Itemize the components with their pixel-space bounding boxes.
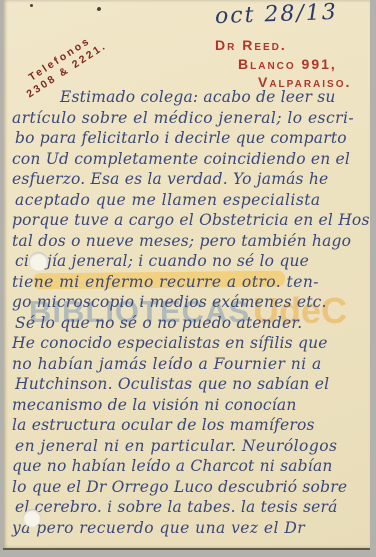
letter-line: He conocido especialistas en sífilis que [12,333,366,354]
handwritten-date: oct 28/13 [215,0,339,29]
letter-line: porque tuve a cargo el Obstetricia en el… [12,210,366,231]
letter-line: que no habían leído a Charcot ni sabían [12,456,366,477]
letter-line: go microscopio i medios exámenes etc. [12,292,366,313]
letter-body: Estimado colega: acabo de leer su artícu… [12,87,366,538]
letter-line: bo para felicitarlo i decirle que compar… [12,128,366,149]
hole-punch-bottom [23,509,41,527]
letter-line: mecanismo de la visión ni conocían [12,395,366,416]
letter-line: en jeneral ni en particular. Neurólogos [12,436,366,457]
letter-line: aceptado que me llamen especialista [12,190,366,211]
letter-line: la estructura ocular de los mamíferos [12,415,366,436]
letterhead: Dr Reed. Blanco 991, Valparaiso. [215,36,351,92]
letter-line: Sé lo que no sé o no puedo atender. [12,313,366,334]
scanned-letter-photo: { "document": { "date": "oct 28/13", "st… [0,0,376,557]
letterhead-doctor-name: Dr Reed. [215,36,351,55]
paper-speck [30,4,33,7]
letter-line: tal dos o nueve meses; pero también hago [12,231,366,252]
letter-line: Estimado colega: acabo de leer su [12,87,366,108]
paper-speck [96,6,101,11]
letter-line: Hutchinson. Oculistas que no sabían el [12,374,366,395]
letter-line: esfuerzo. Esa es la verdad. Yo jamás he [12,169,366,190]
hole-punch-top [29,252,48,271]
letter-line: cirujía jeneral; i cuando no sé lo que [12,251,366,272]
letter-line: el cerebro. i sobre la tabes. la tesis s… [12,497,366,518]
letter-line: ya pero recuerdo que una vez el Dr [12,518,366,539]
letter-line: tiene mi enfermo recurre a otro. ten- [12,272,366,293]
letter-line: con Ud completamente coincidiendo en el [12,149,366,170]
letter-line: artículo sobre el médico jeneral; lo esc… [12,108,366,129]
letterhead-street: Blanco 991, [215,55,351,74]
letter-paper: Telefonos 2308 & 2221. oct 28/13 Dr Reed… [3,0,370,548]
letter-line: lo que el Dr Orrego Luco descubrió sobre [12,477,366,498]
letter-line: no habían jamás leído a Fournier ni a [12,354,366,375]
